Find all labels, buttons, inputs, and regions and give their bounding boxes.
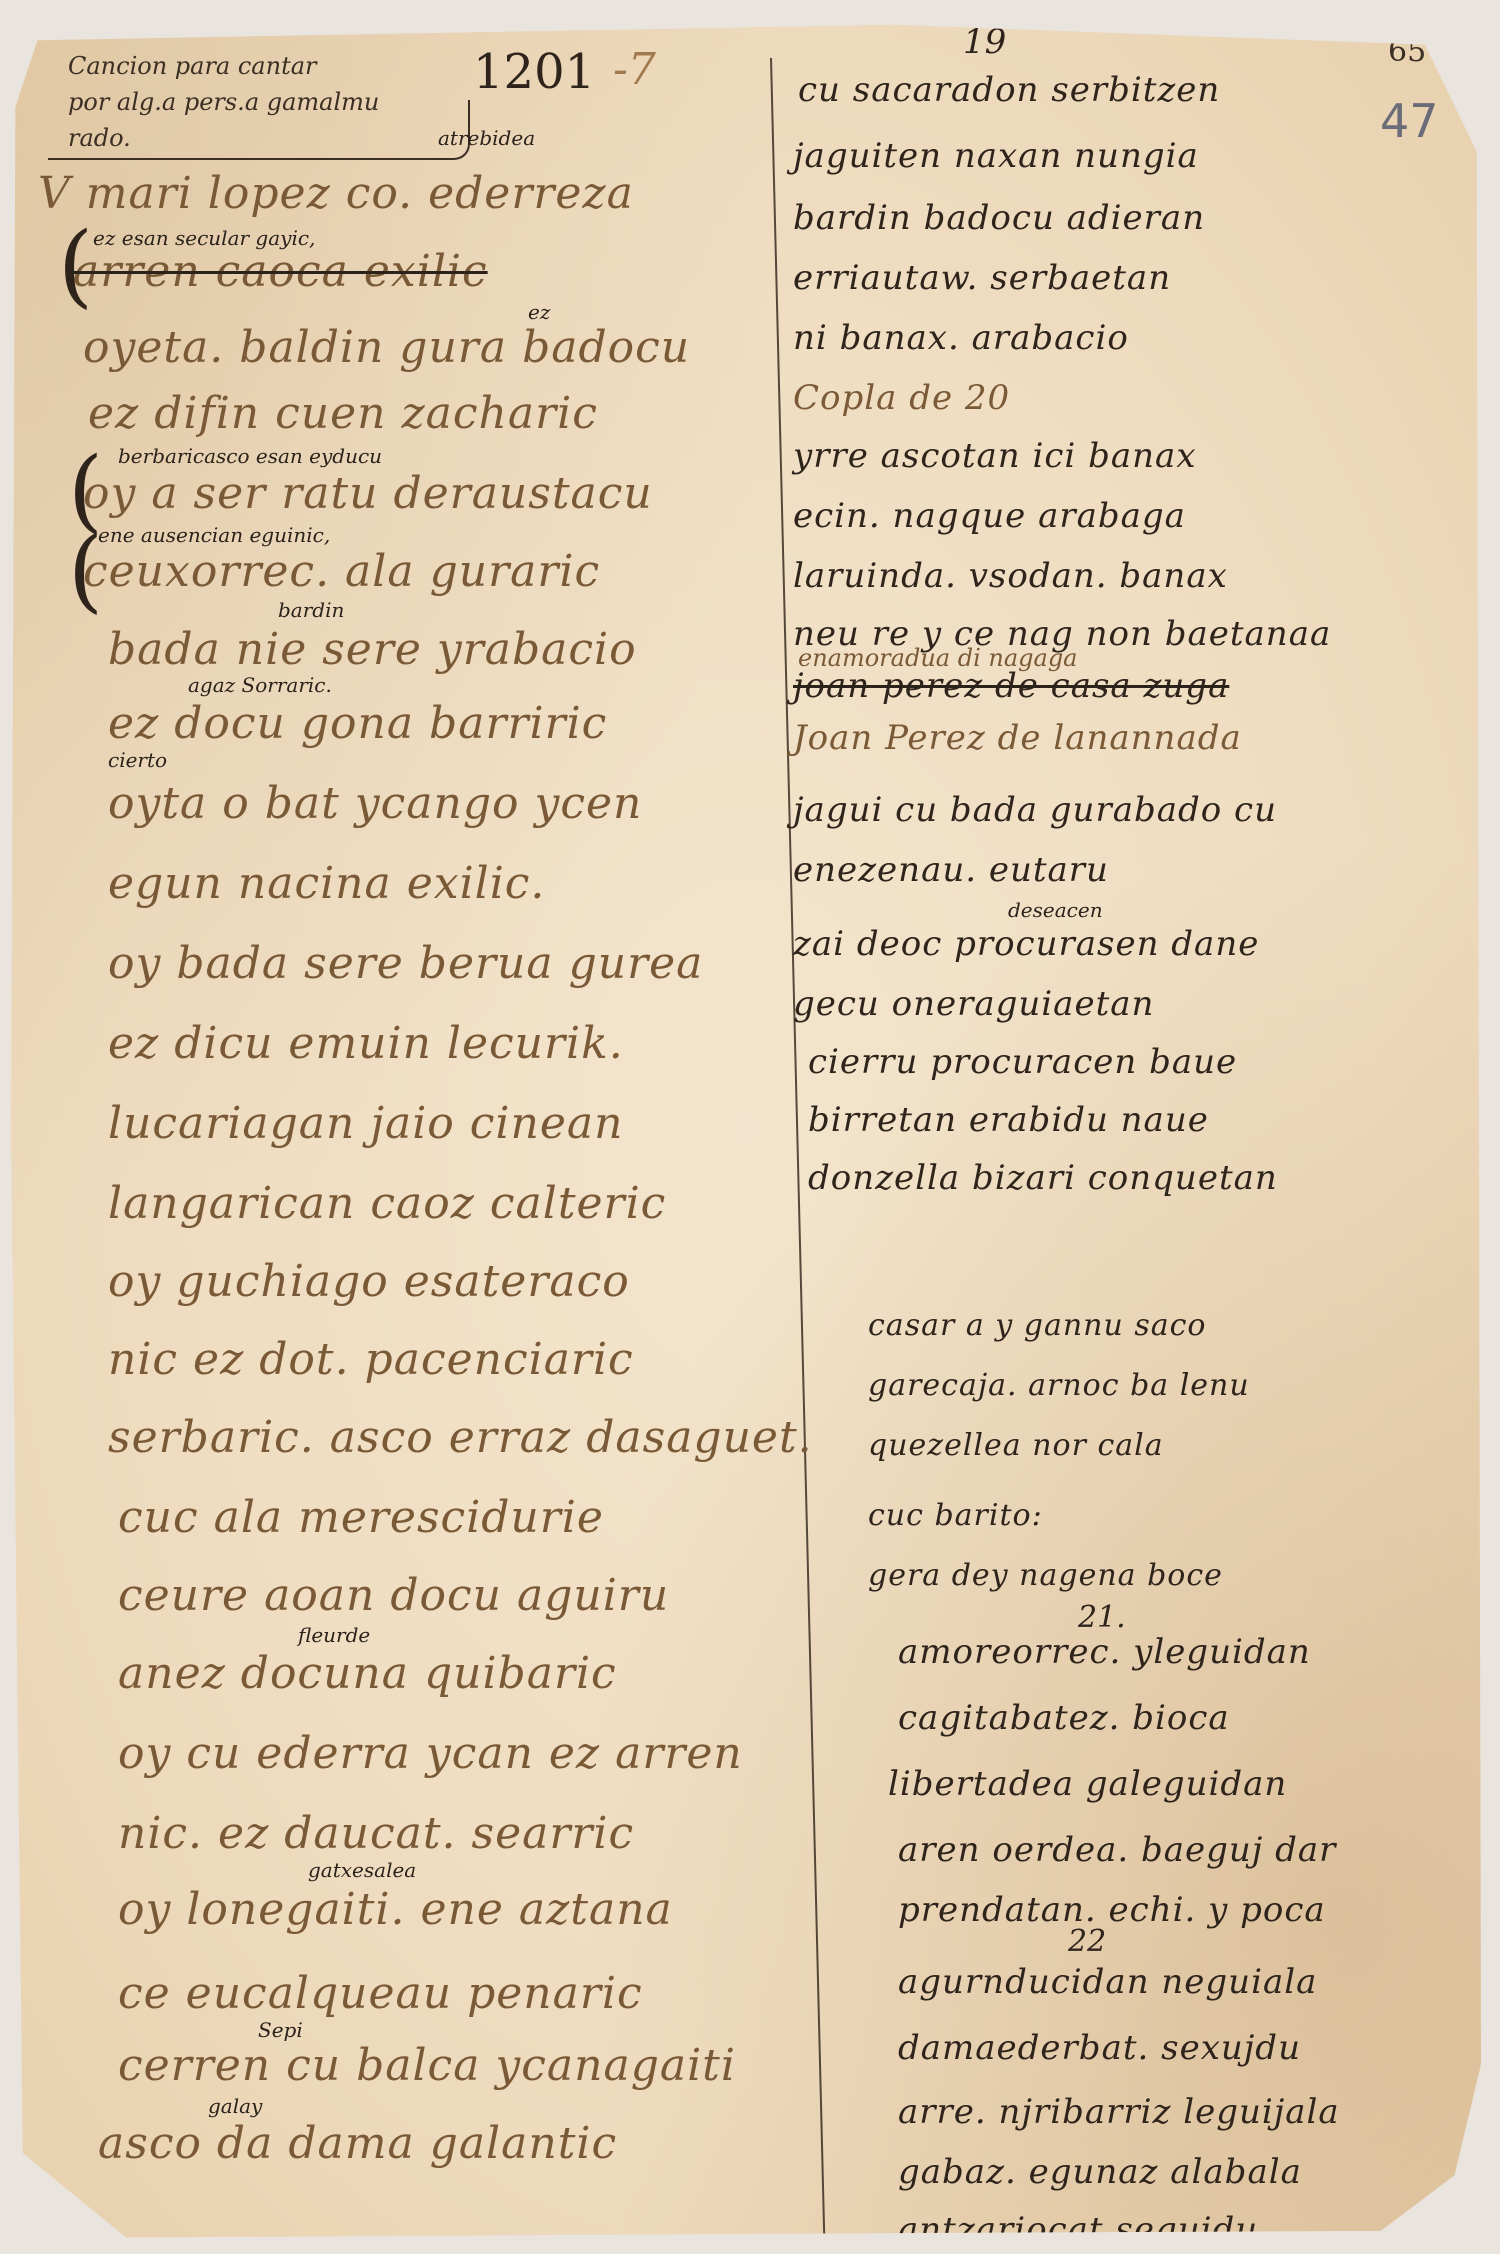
gloss: ez [528,300,550,324]
verse-line: damaederbat. sexujdu [898,2028,1301,2068]
verse-line: oyeta. baldin gura badocu [83,322,690,373]
verse-line: birretan erabidu naue [808,1100,1209,1140]
gloss: galay [208,2094,262,2118]
gloss: atrebidea [438,126,535,150]
verse-line-struck: arren caoca exilic [73,246,488,297]
catalog-number: 1201 [473,44,595,100]
verse-line: prendatan. echi. y poca [898,1890,1326,1930]
verse-line: yrre ascotan ici banax [793,436,1197,476]
verse-line: donzella bizari conquetan [808,1158,1278,1198]
verse-line: ez difin cuen zacharic [88,388,598,439]
folio-number-ink: 65 [1388,34,1426,69]
verse-line: gecu oneraguiaetan [793,984,1154,1024]
gloss: Sepi [258,2018,303,2042]
verse-line: laruinda. vsodan. banax [793,556,1228,596]
verse-line: ez dicu emuin lecurik. [108,1018,624,1069]
margin-bracket: ( [58,213,93,318]
verse-line: bardin badocu adieran [793,198,1205,238]
gloss: deseacen [1008,898,1103,922]
top-center-number: 19 [963,22,1006,62]
stanza-heading: Copla de 20 [793,378,1010,418]
verse-line: oy a ser ratu deraustacu [83,468,653,519]
verse-line: ecin. nagque arabaga [793,496,1186,536]
verse-line: aren oerdea. baeguj dar [898,1830,1336,1870]
verse-line: oy guchiago esateraco [108,1256,630,1307]
verse-line: antzariocat seguidu [898,2210,1258,2250]
verse-line: Joan Perez de lanannada [793,718,1242,758]
title-underline-bracket [48,100,470,160]
verse-line: nic. ez daucat. searric [118,1808,634,1859]
verse-line: oy cu ederra ycan ez arren [118,1728,743,1779]
verse-line: cuc ala merescidurie [118,1492,604,1543]
verse-line: jaguiten naxan nungia [793,136,1199,176]
gloss: cierto [108,748,167,772]
verse-line: jagui cu bada gurabado cu [793,790,1277,830]
verse-line: amoreorrec. yleguidan [898,1632,1311,1672]
gloss: bardin [278,598,344,622]
verse-line: cu sacaradon serbitzen [798,70,1220,110]
verse-line: erriautaw. serbaetan [793,258,1171,298]
title-line-1: Cancion para cantar [68,48,379,84]
gloss: agaz Sorraric. [188,673,332,697]
verse-line: ni banax. arabacio [793,318,1129,358]
verse-line: zai deoc procurasen dane [793,924,1259,964]
verse-line: lucariagan jaio cinean [108,1098,623,1149]
verse-line: ceuxorrec. ala guraric [83,546,600,597]
folio-number-pencil: 47 [1380,94,1439,148]
margin-bracket: ( [68,518,103,623]
verse-line: gera dey nagena boce [868,1558,1223,1593]
verse-line: ceure aoan docu aguiru [118,1570,669,1621]
verse-line: bada nie sere yrabacio [108,624,637,675]
verse-line: cagitabatez. bioca [898,1698,1230,1738]
verse-line: libertadea galeguidan [888,1764,1287,1804]
verse-line: anez docuna quibaric [118,1648,617,1699]
verse-line: cuc barito: [868,1498,1043,1533]
verse-line: garecaja. arnoc ba lenu [868,1368,1250,1403]
verse-line: quezellea nor cala [868,1428,1164,1463]
verse-line: asco da dama galantic [98,2118,617,2169]
verse-line: gabaz. egunaz alabala [898,2152,1302,2192]
verse-line: egun nacina exilic. [108,858,545,909]
verse-line: oyta o bat ycango ycen [108,778,642,829]
verse-line: langarican caoz calteric [108,1178,666,1229]
verse-line: cierru procuracen baue [808,1042,1237,1082]
verse-line: enezenau. eutaru [793,850,1109,890]
verse-line: agurnducidan neguiala [898,1962,1317,2002]
stanza-number: 21. [1078,1600,1126,1635]
verse-line: ez docu gona barriric [108,698,607,749]
verse-line: casar a y gannu saco [868,1308,1207,1343]
verse-line: nic ez dot. pacenciaric [108,1334,634,1385]
stanza-number: 22 [1068,1924,1106,1959]
verse-line-struck: joan perez de casa zuga [793,666,1229,706]
gloss: ene ausencian eguinic, [98,523,330,547]
verse-line: ce eucalqueau penaric [118,1968,643,2019]
verse-line: serbaric. asco erraz dasaguet. [108,1412,813,1463]
gloss: gatxesalea [308,1858,416,1882]
manuscript-page: Cancion para cantar por alg.a pers.a gam… [8,18,1484,2242]
verse-line: oy lonegaiti. ene aztana [118,1884,673,1935]
verse-line: oy bada sere berua gurea [108,938,703,989]
gloss: berbaricasco esan eyducu [118,444,382,468]
verse-line: cerren cu balca ycanagaiti [118,2040,736,2091]
verse-line: arre. njribarriz leguijala [898,2092,1340,2132]
gloss: fleurde [298,1623,370,1647]
catalog-suffix: -7 [613,44,656,95]
verse-line: V mari lopez co. ederreza [38,168,634,219]
